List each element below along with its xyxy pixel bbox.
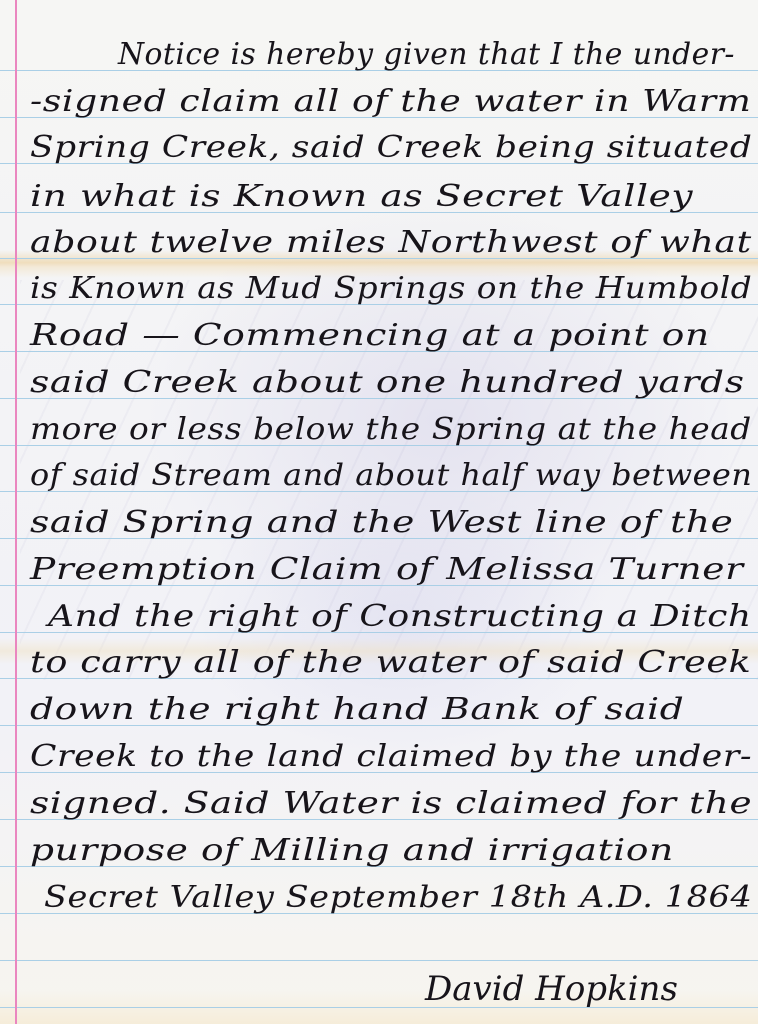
- text-line-18: purpose of Milling and irrigation: [30, 836, 674, 866]
- text-line-7: Road — Commencing at a point on: [30, 321, 710, 351]
- text-line-6: is Known as Mud Springs on the Humbold: [30, 274, 752, 304]
- signature: David Hopkins: [425, 972, 678, 1006]
- text-line-16: Creek to the land claimed by the under-: [30, 742, 752, 772]
- document-page: Notice is hereby given that I the under-…: [0, 0, 758, 1024]
- text-line-2: -signed claim all of the water in Warm: [30, 87, 752, 117]
- text-line-4: in what is Known as Secret Valley: [30, 182, 693, 212]
- text-line-3: Spring Creek, said Creek being situated: [30, 133, 752, 163]
- text-line-8: said Creek about one hundred yards: [30, 368, 745, 398]
- text-line-13: And the right of Constructing a Ditch: [48, 602, 752, 632]
- ruled-line: [0, 960, 758, 961]
- text-line-14: to carry all of the water of said Creek: [30, 648, 751, 678]
- text-line-10: of said Stream and about half way betwee…: [30, 461, 752, 491]
- text-line-12: Preemption Claim of Melissa Turner: [30, 555, 744, 585]
- text-line-5: about twelve miles Northwest of what: [30, 228, 752, 258]
- text-line-11: said Spring and the West line of the: [30, 508, 733, 538]
- margin-line: [15, 0, 17, 1024]
- text-line-9: more or less below the Spring at the hea…: [30, 415, 752, 445]
- text-line-15: down the right hand Bank of said: [30, 695, 684, 725]
- text-line-17: signed. Said Water is claimed for the: [30, 789, 752, 819]
- text-line-19-date: Secret Valley September 18th A.D. 1864: [44, 883, 752, 913]
- text-line-1: Notice is hereby given that I the under-: [118, 40, 752, 70]
